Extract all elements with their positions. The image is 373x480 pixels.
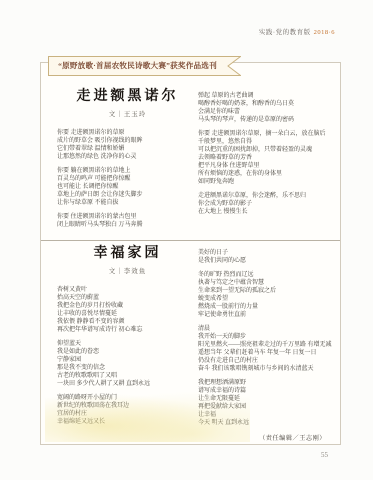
poem-line: 把平凡身体 住进野草里 bbox=[198, 162, 330, 170]
poem-line: 一块田 多少代人耕了又耕 直到永远 bbox=[57, 380, 198, 388]
poem-line: 你要 走进额黑诺尔草原，摘一朵白云，放在脑后 bbox=[198, 130, 330, 138]
stanza: 冬的旷野 热烈而辽远执著与笃定之中蕴含智慧生命来到一望无际的孤寂之后蜕变成希望燃… bbox=[198, 271, 330, 319]
poem-line: 杏树又黄叶 bbox=[57, 286, 198, 294]
poem-2-right-stanzas: 美好的日子是我们共同的心愿冬的旷野 热烈而辽远执著与笃定之中蕴含智慧生命来到一望… bbox=[198, 249, 330, 427]
poem-section-1: 走进额黑诺尔 文｜王玉玲 你要 走进额黑诺尔的草原成片的野草会 吸引你视线的眼眸… bbox=[57, 89, 330, 235]
poem-line: 是我们共同的心愿 bbox=[198, 257, 330, 265]
poem-line: 古老的牧歌歌唱了又唱 bbox=[57, 372, 198, 380]
stanza: 清晨我开始一天的脚步阳光里燃火——照亮祖辈走过的千万里路 有增无减遥想当年 父辈… bbox=[198, 325, 330, 373]
poem-line: 宁静家园 bbox=[57, 356, 198, 364]
poem-line: 草地上的萨日朗 会让你迷失脚步 bbox=[57, 191, 198, 199]
poem-line: 再把爱献给大家园 bbox=[198, 403, 330, 411]
poem-line: 新世纪的牧歌回荡在我耳边 bbox=[57, 402, 198, 410]
poem-line: 抬高天空的蔚蓝 bbox=[57, 294, 198, 302]
poem-1-right-stanzas: 弹起 草原的古老曲调喝醇香好喝的奶茶，和醇香的乌日莫会满足你的味蕾马头琴的琴声，… bbox=[198, 92, 330, 216]
poem-line: 去领略着野草的芳香 bbox=[198, 154, 330, 162]
poem-line: 美好的日子 bbox=[198, 249, 330, 257]
poem-1-author: 文｜王玉玲 bbox=[57, 110, 198, 119]
poem-line: 今天 明天 直到永远 bbox=[198, 419, 330, 427]
stanza: 你要 走进额黑诺尔草原，摘一朵白云，放在脑后千般梦里，悠然自得可以把沉重的困扰卸… bbox=[198, 130, 330, 186]
poem-line: 你要 住进额黑诺尔的蒙古包里 bbox=[57, 213, 198, 221]
poem-line: 百灵鸟的鸣声 可能把你惊醒 bbox=[57, 175, 198, 183]
poem-line: 我把理想洒满原野 bbox=[198, 379, 330, 387]
poem-1-right-column: 弹起 草原的古老曲调喝醇香好喝的奶茶，和醇香的乌日莫会满足你的味蕾马头琴的琴声，… bbox=[198, 89, 330, 235]
stanza: 仰望蓝天我是如此的眷恋宁静家园那是我不变的信念古老的牧歌歌唱了又唱一块田 多少代… bbox=[57, 340, 198, 388]
poem-line: 宜居的村庄 bbox=[57, 410, 198, 418]
poem-line: 冬的旷野 热烈而辽远 bbox=[198, 271, 330, 279]
poem-line: 蜕变成希望 bbox=[198, 295, 330, 303]
poem-line: 让生命无限蔓延 bbox=[198, 395, 330, 403]
poem-line: 奋斗 我们该歌唱镌刻城市与乡间的水清蓝天 bbox=[198, 365, 330, 373]
poem-line: 它们带着翠绿 温情和娇媚 bbox=[57, 145, 198, 153]
poem-line: 在大地上 慢慢生长 bbox=[198, 208, 330, 216]
stanza: 你要 住进额黑诺尔的蒙古包里闭上眼睛听马头琴独白 万马奔腾 bbox=[57, 213, 198, 229]
page-content: 走进额黑诺尔 文｜王玉玲 你要 走进额黑诺尔的草原成片的野草会 吸引你视线的眼眸… bbox=[41, 63, 340, 442]
poem-line: 我开始一天的脚步 bbox=[198, 333, 330, 341]
poem-2-left-column: 幸福家园 文｜李效鱼 杏树又黄叶抬高天空的蔚蓝我把金色的岁月打扮收藏让丰收的喜悦… bbox=[57, 246, 198, 442]
poem-2-right-column: 美好的日子是我们共同的心愿冬的旷野 热烈而辽远执著与笃定之中蕴含智慧生命来到一望… bbox=[198, 246, 330, 442]
poem-line: 燃烧成一股前行的力量 bbox=[198, 303, 330, 311]
poem-line: 仰望蓝天 bbox=[57, 340, 198, 348]
poem-line: 幸福绵延又远又长 bbox=[57, 418, 198, 426]
stanza: 你要 躺在额黑诺尔的草地上百灵鸟的鸣声 可能把你惊醒也可能让 长调把你惊醒草地上… bbox=[57, 167, 198, 207]
section-divider bbox=[41, 240, 340, 241]
poem-line: 你会成为野草的影子 bbox=[198, 200, 330, 208]
poem-2-title: 幸福家园 bbox=[57, 246, 198, 262]
content-frame: “原野放歌·首届农牧民诗歌大赛”获奖作品选刊 走进额黑诺尔 文｜王玉玲 你要 走… bbox=[40, 62, 341, 445]
stanza: 杏树又黄叶抬高天空的蔚蓝我把金色的岁月打扮收藏让丰收的喜悦尽情蔓延我依偎 静静看… bbox=[57, 286, 198, 334]
poem-line: 那是我不变的信念 bbox=[57, 364, 198, 372]
poem-line: 让丰收的喜悦尽情蔓延 bbox=[57, 310, 198, 318]
stanza: 美好的日子是我们共同的心愿 bbox=[198, 249, 330, 265]
poem-line: 再次把年华谱写成诗行 初心难忘 bbox=[57, 326, 198, 334]
poem-line: 让你与绿草原 不能自拔 bbox=[57, 199, 198, 207]
poem-line: 遥想当年 父辈们赶着马车 年复一年 日复一日 bbox=[198, 349, 330, 357]
poem-line: 你要 躺在额黑诺尔的草地上 bbox=[57, 167, 198, 175]
issue-number: 2018·6 bbox=[314, 29, 335, 36]
poem-1-left-stanzas: 你要 走进额黑诺尔的草原成片的野草会 吸引你视线的眼眸它们带着翠绿 温情和娇媚让… bbox=[57, 129, 198, 229]
poem-line: 千般梦里，悠然自得 bbox=[198, 138, 330, 146]
poem-line: 会满足你的味蕾 bbox=[198, 108, 330, 116]
poem-line: 所有烦恼的迷惑，在你的身体里 bbox=[198, 170, 330, 178]
poem-2-author: 文｜李效鱼 bbox=[57, 267, 198, 276]
poem-line: 我把金色的岁月打扮收藏 bbox=[57, 302, 198, 310]
poem-line: 喝醇香好喝的奶茶，和醇香的乌日莫 bbox=[198, 100, 330, 108]
poem-line: 让那悠然的绿色 洗净你的心灵 bbox=[57, 153, 198, 161]
poem-line: 马头琴的琴声，传递的是草原的密码 bbox=[198, 116, 330, 124]
stanza: 宽阔的路呀开小屋的门新世纪的牧歌回荡在我耳边宜居的村庄幸福绵延又远又长 bbox=[57, 394, 198, 426]
award-banner: “原野放歌·首届农牧民诗歌大赛”获奖作品选刊 bbox=[48, 56, 241, 76]
poem-line: 弹起 草原的古老曲调 bbox=[198, 92, 330, 100]
poem-line: 仍没有走进自己的村庄 bbox=[198, 357, 330, 365]
poem-line: 牢记使命勇往直前 bbox=[198, 311, 330, 319]
banner-title: “原野放歌·首届农牧民诗歌大赛”获奖作品选刊 bbox=[48, 56, 227, 75]
stanza: 走进额黑诺尔草原，你会迷醉，乐不思归你会成为野草的影子在大地上 慢慢生长 bbox=[198, 192, 330, 216]
poem-line: 清晨 bbox=[198, 325, 330, 333]
poem-line: 让幸福 bbox=[198, 411, 330, 419]
poem-section-2: 幸福家园 文｜李效鱼 杏树又黄叶抬高天空的蔚蓝我把金色的岁月打扮收藏让丰收的喜悦… bbox=[57, 246, 330, 442]
editor-note: （责任编辑／王志刚） bbox=[198, 433, 330, 442]
masthead: 实践·党的教育版2018·6 bbox=[259, 27, 335, 36]
poem-line: 我是如此的眷恋 bbox=[57, 348, 198, 356]
poem-line: 宽阔的路呀开小屋的门 bbox=[57, 394, 198, 402]
poem-line: 可以把沉重的困扰卸掉，只带着轻盈的灵魂 bbox=[198, 146, 330, 154]
stanza: 弹起 草原的古老曲调喝醇香好喝的奶茶，和醇香的乌日莫会满足你的味蕾马头琴的琴声，… bbox=[198, 92, 330, 124]
poem-line: 也可能让 长调把你惊醒 bbox=[57, 183, 198, 191]
poem-line: 走进额黑诺尔草原，你会迷醉，乐不思归 bbox=[198, 192, 330, 200]
poem-line: 你要 走进额黑诺尔的草原 bbox=[57, 129, 198, 137]
poem-line: 谱写成幸福的诗篇 bbox=[198, 387, 330, 395]
page-number: 55 bbox=[321, 451, 328, 459]
poem-line: 闭上眼睛听马头琴独白 万马奔腾 bbox=[57, 221, 198, 229]
poem-line: 成片的野草会 吸引你视线的眼眸 bbox=[57, 137, 198, 145]
poem-1-title: 走进额黑诺尔 bbox=[57, 89, 198, 105]
stanza: 我把理想洒满原野谱写成幸福的诗篇让生命无限蔓延再把爱献给大家园让幸福今天 明天 … bbox=[198, 379, 330, 427]
poem-2-left-stanzas: 杏树又黄叶抬高天空的蔚蓝我把金色的岁月打扮收藏让丰收的喜悦尽情蔓延我依偎 静静看… bbox=[57, 286, 198, 426]
poem-line: 如同野兔奔跑 bbox=[198, 178, 330, 186]
poem-line: 我依偎 静静看不变的容颜 bbox=[57, 318, 198, 326]
stanza: 你要 走进额黑诺尔的草原成片的野草会 吸引你视线的眼眸它们带着翠绿 温情和娇媚让… bbox=[57, 129, 198, 161]
magazine-name: 实践·党的教育版 bbox=[259, 29, 311, 36]
poem-1-left-column: 走进额黑诺尔 文｜王玉玲 你要 走进额黑诺尔的草原成片的野草会 吸引你视线的眼眸… bbox=[57, 89, 198, 235]
poem-line: 生命来到一望无际的孤寂之后 bbox=[198, 287, 330, 295]
poem-line: 执著与笃定之中蕴含智慧 bbox=[198, 279, 330, 287]
poem-line: 阳光里燃火——照亮祖辈走过的千万里路 有增无减 bbox=[198, 341, 330, 349]
